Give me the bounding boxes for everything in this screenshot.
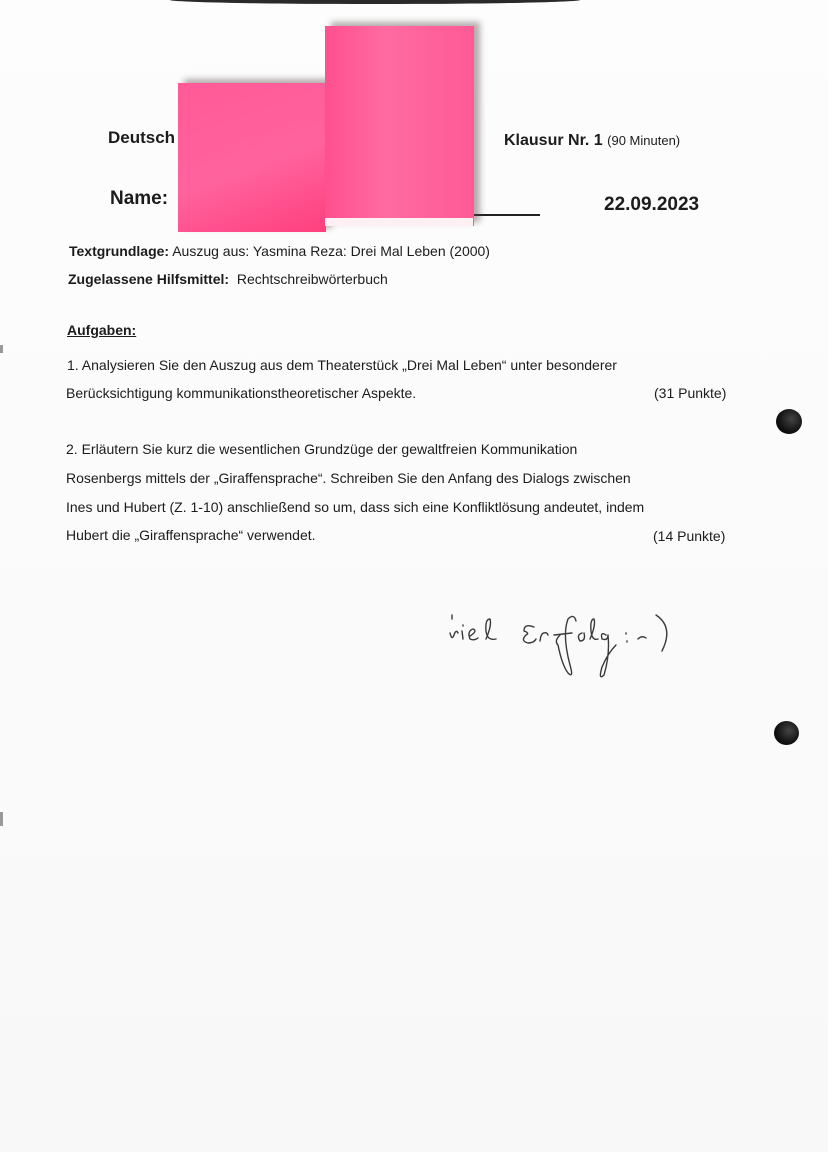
exam-sheet: Deutsch Klausur Nr. 1 (90 Minuten) Name:…: [0, 0, 828, 1152]
redaction-sticky-note-left: [178, 83, 326, 232]
name-underline: [474, 214, 540, 216]
name-label: Name:: [110, 188, 168, 210]
task-2-points: (14 Punkte): [653, 528, 725, 544]
exam-title: Klausur Nr. 1 (90 Minuten): [504, 132, 680, 150]
task-2-line-1: 2. Erläutern Sie kurz die wesentlichen G…: [66, 441, 577, 457]
exam-number: Klausur Nr. 1: [504, 132, 603, 149]
exam-duration: (90 Minuten): [607, 133, 680, 148]
task-2-line-3: Ines und Hubert (Z. 1-10) anschließend s…: [66, 499, 644, 515]
handwritten-note: Viel Erfolg :-): [440, 605, 690, 690]
handwriting-viel-erfolg: [440, 605, 690, 685]
exam-date: 22.09.2023: [604, 194, 699, 216]
edge-mark: [0, 812, 3, 826]
textgrundlage: Textgrundlage: Auszug aus: Yasmina Reza:…: [69, 243, 490, 259]
sticky-note-edge: [325, 218, 473, 226]
tasks-heading: Aufgaben:: [67, 322, 136, 338]
paper-top-edge: [170, 0, 580, 4]
hilfsmittel-value: Rechtschreibwörterbuch: [237, 271, 388, 287]
task-2-line-2: Rosenbergs mittels der „Giraffensprache“…: [66, 470, 631, 486]
redaction-sticky-note-right: [325, 26, 474, 226]
hilfsmittel: Zugelassene Hilfsmittel: Rechtschreibwör…: [68, 271, 388, 287]
punch-hole-lower: [774, 721, 799, 745]
edge-mark: [0, 345, 3, 353]
hilfsmittel-label: Zugelassene Hilfsmittel:: [68, 271, 229, 287]
textgrundlage-value: Auszug aus: Yasmina Reza: Drei Mal Leben…: [172, 243, 490, 259]
task-1-points: (31 Punkte): [654, 385, 726, 401]
textgrundlage-label: Textgrundlage:: [69, 243, 169, 259]
punch-hole-upper: [776, 409, 802, 434]
task-1-line-2: Berücksichtigung kommunikationstheoretis…: [66, 385, 416, 401]
task-1-line-1: 1. Analysieren Sie den Auszug aus dem Th…: [67, 357, 617, 373]
task-2-line-4: Hubert die „Giraffensprache“ verwendet.: [66, 527, 316, 543]
subject-label: Deutsch: [108, 128, 175, 148]
